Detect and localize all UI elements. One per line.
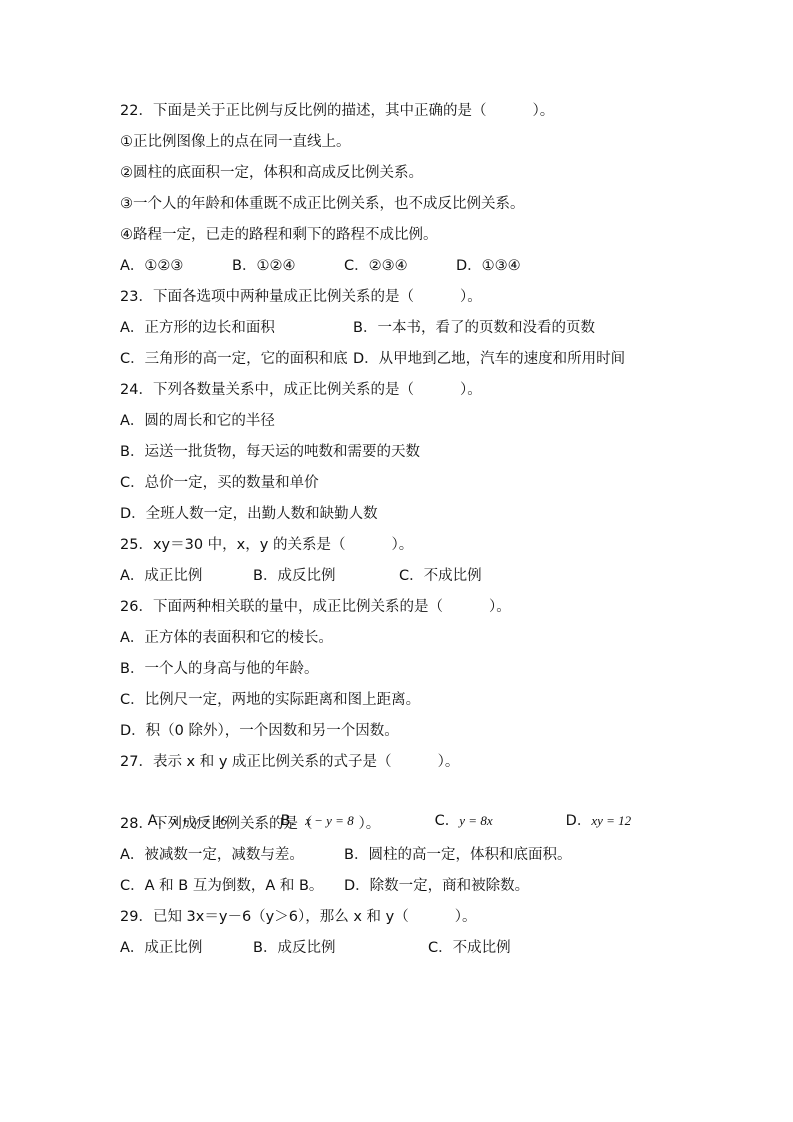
question-28-option-d: D．除数一定，商和被除数。: [344, 873, 529, 900]
question-24-option-c: C．总价一定，买的数量和单价: [120, 470, 700, 501]
question-29-option-a: A．成正比例: [120, 935, 202, 962]
question-22-option-b: B．①②④: [232, 253, 295, 280]
question-25-option-a: A．成正比例: [120, 563, 202, 590]
question-24-stem: 24．下列各数量关系中，成正比例关系的是（ ）。: [120, 377, 700, 408]
question-28-options-row-2: C．A 和 B 互为倒数，A 和 B。 D．除数一定，商和被除数。: [120, 873, 700, 904]
question-26-stem: 26．下面两种相关联的量中，成正比例关系的是（ ）。: [120, 594, 700, 625]
question-28-stem: 28．下列成反比例关系的是（ ）。: [120, 811, 700, 842]
question-29-options: A．成正比例 B．成反比例 C．不成比例: [120, 935, 700, 966]
question-25-stem: 25．xy＝30 中，x，y 的关系是（ ）。: [120, 532, 700, 563]
question-29-option-c: C．不成比例: [428, 935, 511, 962]
question-26-option-c: C．比例尺一定，两地的实际距离和图上距离。: [120, 687, 700, 718]
question-29-option-b: B．成反比例: [253, 935, 335, 962]
question-27-options: A．x + y = 16 B．x − y = 8 C．y = 8x D．xy =…: [120, 780, 700, 811]
question-23-option-a: A．正方形的边长和面积: [120, 315, 275, 342]
question-24-option-a: A．圆的周长和它的半径: [120, 408, 700, 439]
question-28-options-row-1: A．被减数一定，减数与差。 B．圆柱的高一定，体积和底面积。: [120, 842, 700, 873]
question-29-stem: 29．已知 3x＝y－6（y＞6），那么 x 和 y（ ）。: [120, 904, 700, 935]
question-23-stem: 23．下面各选项中两种量成正比例关系的是（ ）。: [120, 284, 700, 315]
question-22-statement-2: ②圆柱的底面积一定，体积和高成反比例关系。: [120, 160, 700, 191]
question-26-option-a: A．正方体的表面积和它的棱长。: [120, 625, 700, 656]
question-26-option-b: B．一个人的身高与他的年龄。: [120, 656, 700, 687]
question-25-option-b: B．成反比例: [253, 563, 335, 590]
question-24-option-b: B．运送一批货物，每天运的吨数和需要的天数: [120, 439, 700, 470]
question-23-options-row-2: C．三角形的高一定，它的面积和底 D．从甲地到乙地，汽车的速度和所用时间: [120, 346, 700, 377]
question-24-option-d: D．全班人数一定，出勤人数和缺勤人数: [120, 501, 700, 532]
question-28-option-c: C．A 和 B 互为倒数，A 和 B。: [120, 873, 323, 900]
question-22-options: A．①②③ B．①②④ C．②③④ D．①③④: [120, 253, 700, 284]
question-27-stem: 27．表示 x 和 y 成正比例关系的式子是（ ）。: [120, 749, 700, 780]
worksheet-page: 22．下面是关于正比例与反比例的描述，其中正确的是（ ）。 ①正比例图像上的点在…: [120, 98, 700, 966]
question-25-options: A．成正比例 B．成反比例 C．不成比例: [120, 563, 700, 594]
question-28-option-a: A．被减数一定，减数与差。: [120, 842, 304, 869]
question-22-statement-1: ①正比例图像上的点在同一直线上。: [120, 129, 700, 160]
question-23-options-row-1: A．正方形的边长和面积 B．一本书，看了的页数和没看的页数: [120, 315, 700, 346]
question-22-option-a: A．①②③: [120, 253, 183, 280]
question-22-statement-4: ④路程一定，已走的路程和剩下的路程不成比例。: [120, 222, 700, 253]
question-22-option-d: D．①③④: [456, 253, 521, 280]
question-25-option-c: C．不成比例: [399, 563, 482, 590]
question-28-option-b: B．圆柱的高一定，体积和底面积。: [344, 842, 571, 869]
question-22-stem: 22．下面是关于正比例与反比例的描述，其中正确的是（ ）。: [120, 98, 700, 129]
question-23-option-d: D．从甲地到乙地，汽车的速度和所用时间: [353, 346, 625, 373]
question-26-option-d: D．积（0 除外），一个因数和另一个因数。: [120, 718, 700, 749]
question-22-option-c: C．②③④: [344, 253, 408, 280]
question-22-statement-3: ③一个人的年龄和体重既不成正比例关系，也不成反比例关系。: [120, 191, 700, 222]
question-23-option-b: B．一本书，看了的页数和没看的页数: [353, 315, 595, 342]
question-23-option-c: C．三角形的高一定，它的面积和底: [120, 346, 348, 373]
